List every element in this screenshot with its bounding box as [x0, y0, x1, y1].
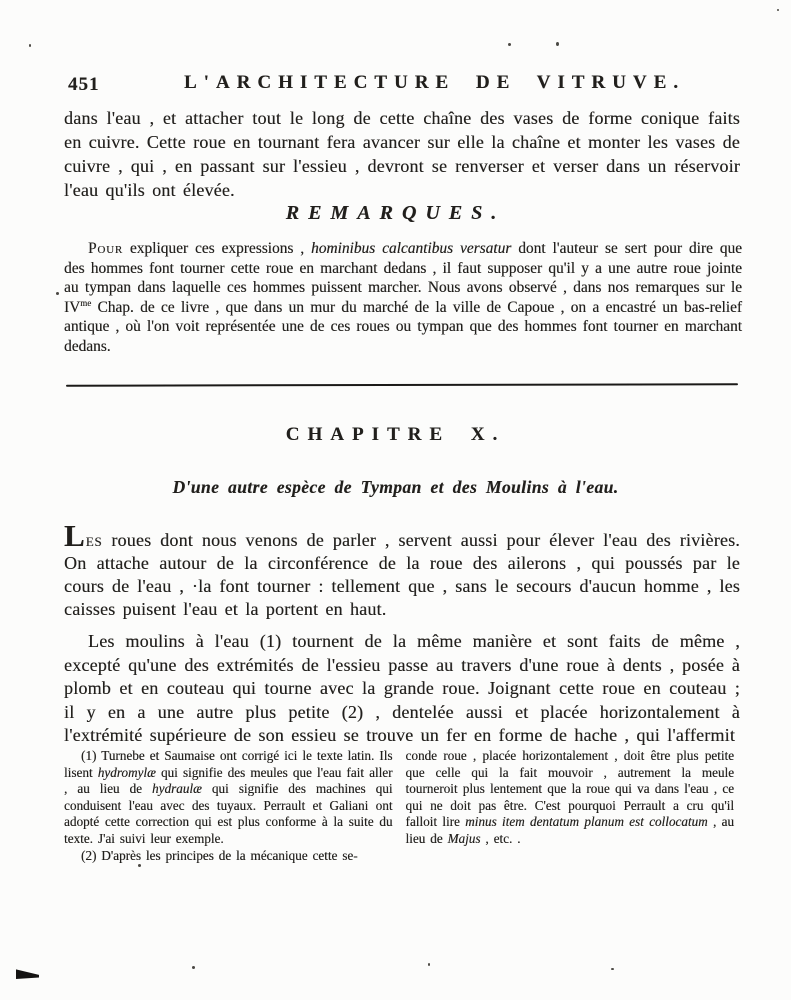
scan-speck	[428, 963, 430, 966]
scan-speck	[508, 43, 511, 46]
chapter-subtitle: D'une autre espèce de Tympan et des Moul…	[0, 477, 791, 498]
remarques-paragraph: Pour expliquer ces expressions , hominib…	[64, 239, 742, 357]
scan-artifact-wedge	[16, 968, 39, 979]
chapter-heading: CHAPITRE X.	[0, 424, 791, 446]
scan-speck	[56, 292, 59, 295]
body-paragraph-2: Les moulins à l'eau (1) tournent de la m…	[64, 630, 740, 748]
running-title: L'ARCHITECTURE DE VITRUVE.	[126, 72, 743, 94]
scan-speck	[29, 44, 31, 47]
remarques-heading: REMARQUES.	[0, 202, 791, 225]
scan-speck	[192, 966, 195, 969]
scan-speck	[138, 864, 141, 867]
scan-speck	[611, 968, 614, 970]
scan-speck	[777, 9, 779, 11]
footnote-note-2: (2) D'après les principes de la mécaniqu…	[64, 848, 393, 865]
footnote-left-column: (1) Turnebe et Saumaise ont corrigé ici …	[64, 748, 393, 864]
scan-speck	[556, 42, 559, 46]
section-rule	[66, 383, 738, 387]
intro-paragraph: dans l'eau , et attacher tout le long de…	[64, 106, 740, 202]
footnotes-section: (1) Turnebe et Saumaise ont corrigé ici …	[64, 748, 734, 864]
body-paragraph-1: Les roues dont nous venons de parler , s…	[64, 529, 740, 621]
footnote-right-column: conde roue , placée horizontalement , do…	[406, 748, 735, 864]
footnote-note-1: (1) Turnebe et Saumaise ont corrigé ici …	[64, 748, 393, 848]
book-page-scan: 451 L'ARCHITECTURE DE VITRUVE. dans l'ea…	[0, 0, 791, 1000]
page-number: 451	[68, 74, 100, 96]
page-header: 451 L'ARCHITECTURE DE VITRUVE.	[66, 72, 743, 98]
footnote-note-2-continuation: conde roue , placée horizontalement , do…	[406, 748, 735, 848]
